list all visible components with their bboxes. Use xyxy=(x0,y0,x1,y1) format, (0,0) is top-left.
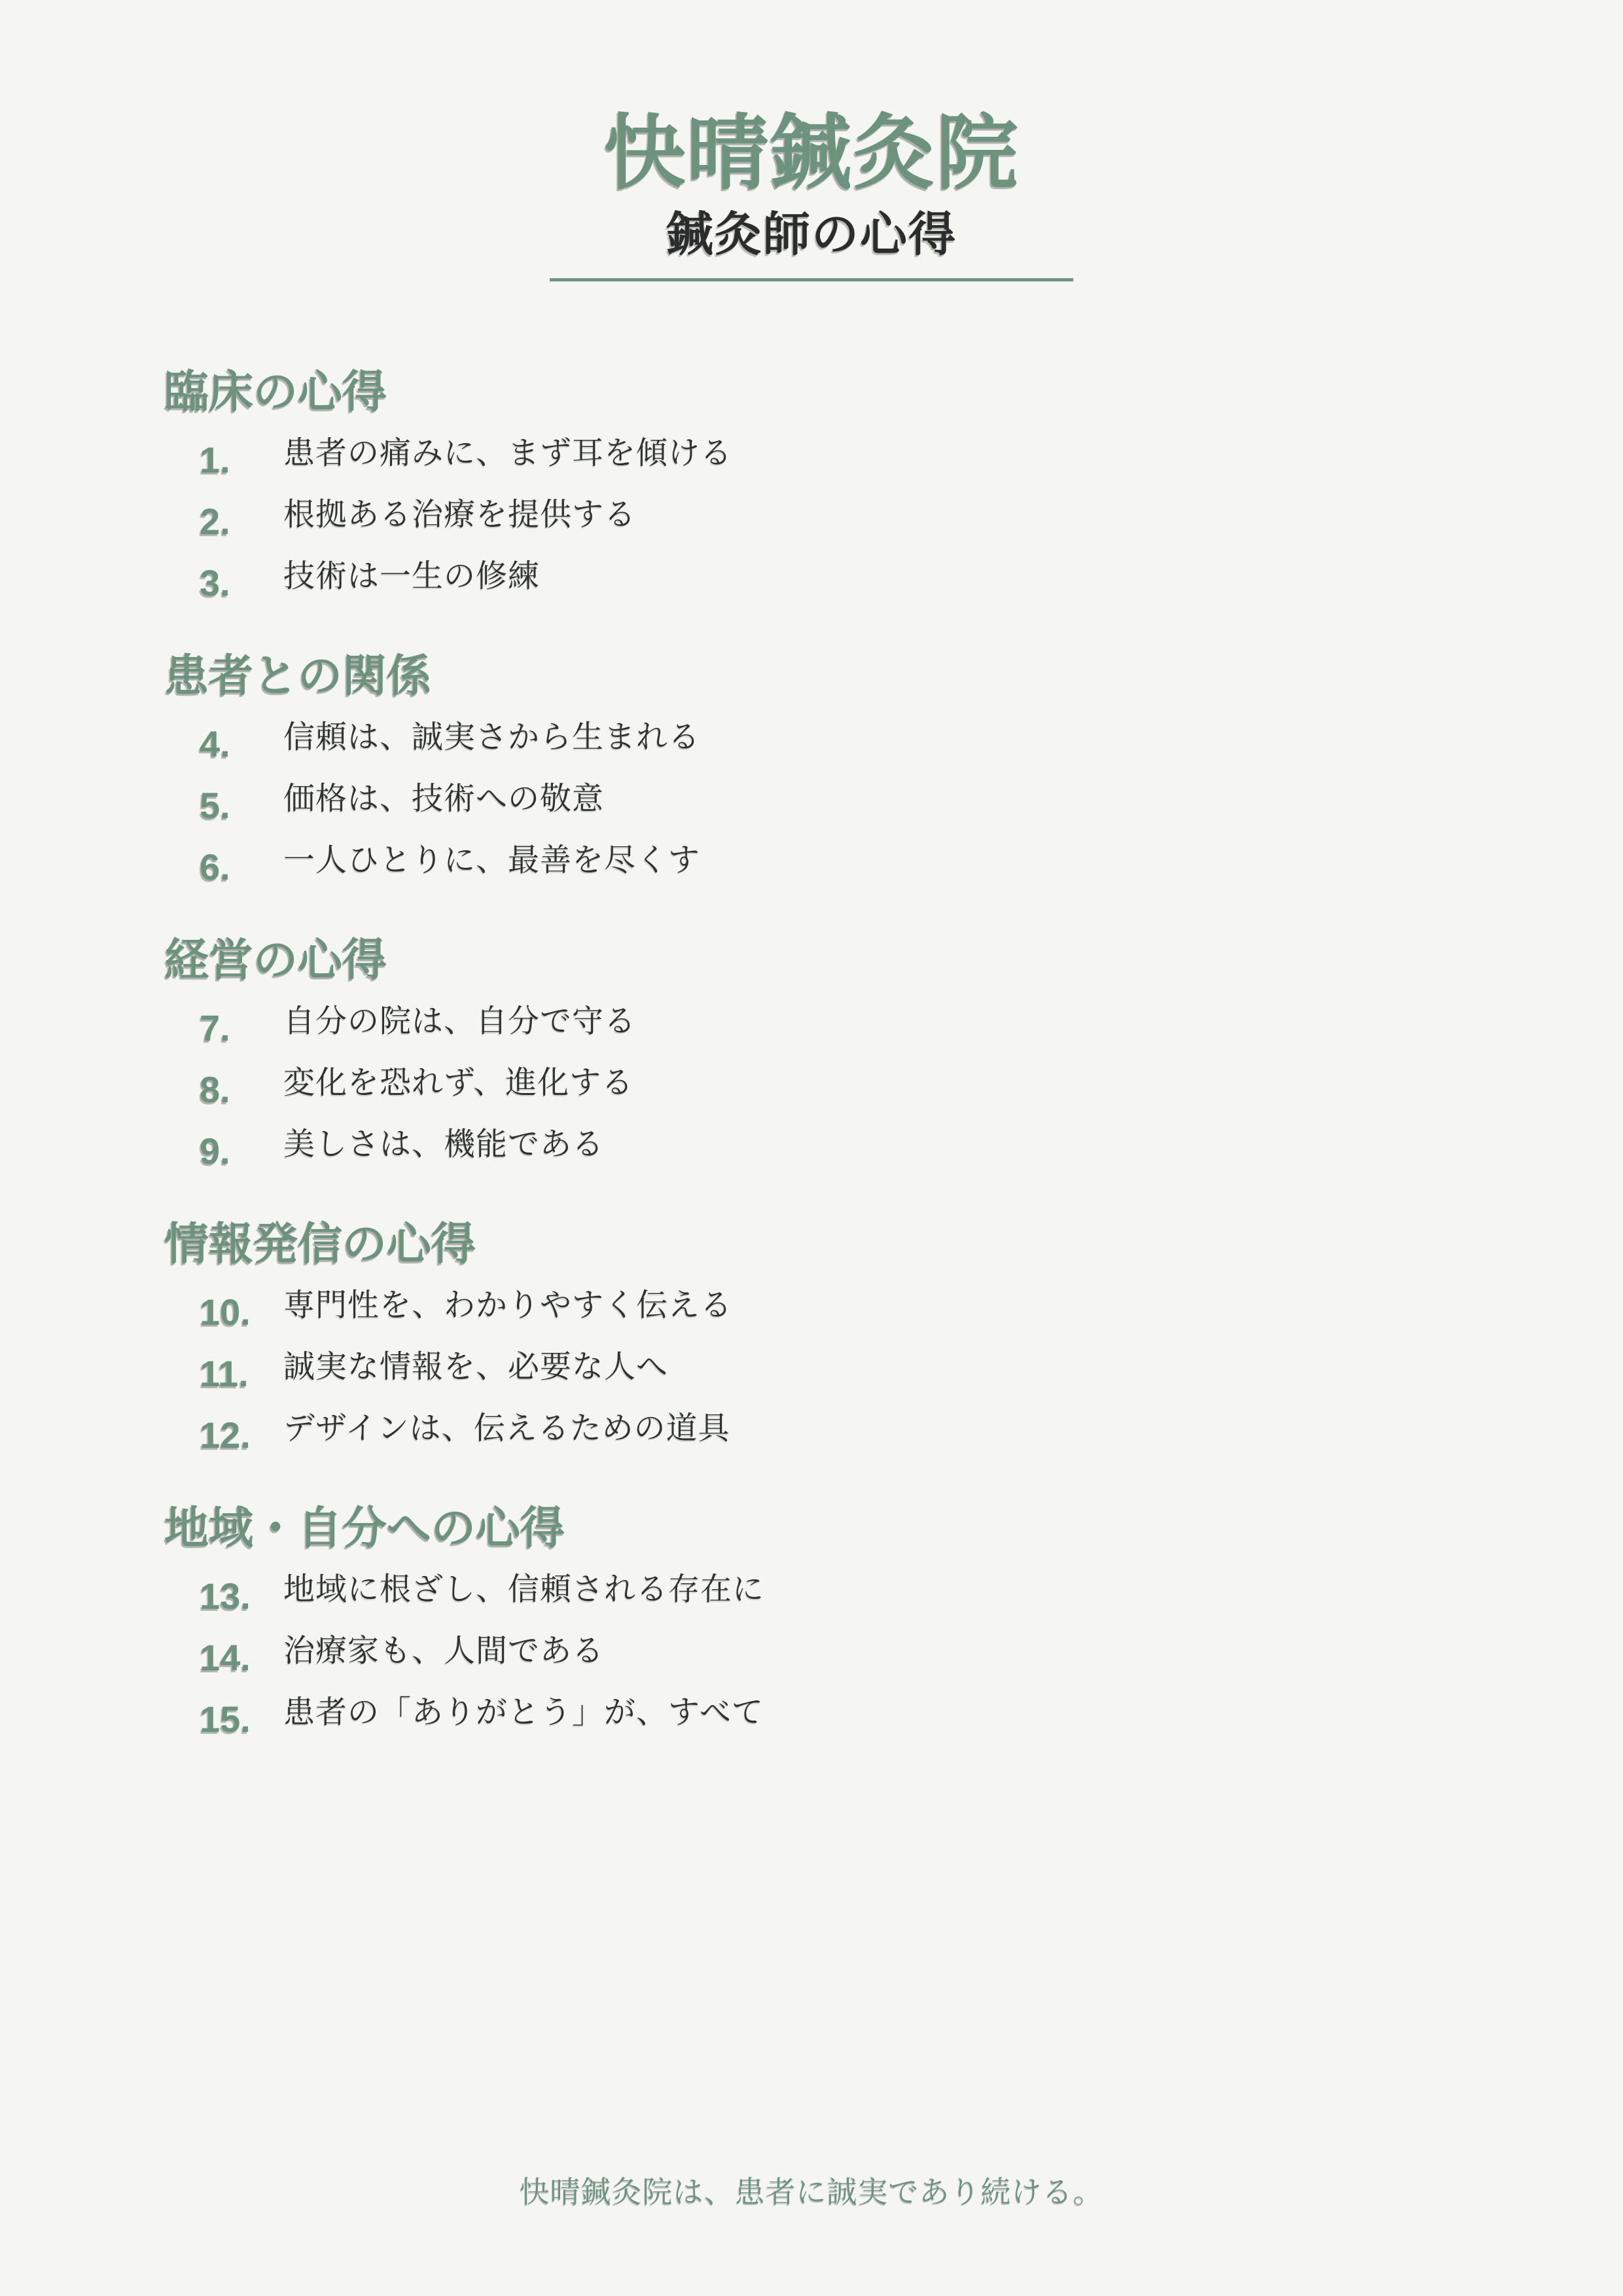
title-divider xyxy=(550,278,1073,281)
item-number: 3. xyxy=(200,564,283,603)
item-number: 13. xyxy=(200,1577,283,1616)
section-heading: 情報発信の心得 xyxy=(164,1222,1518,1266)
list-item: 12. デザインは、伝えるための道具 xyxy=(164,1409,1518,1448)
item-number: 11. xyxy=(200,1354,283,1393)
item-text: デザインは、伝えるための道具 xyxy=(283,1409,730,1448)
item-text: 患者の「ありがとう」が、すべて xyxy=(283,1693,764,1732)
item-number: 4. xyxy=(200,725,283,764)
item-number: 14. xyxy=(200,1638,283,1677)
item-text: 地域に根ざし、信頼される存在に xyxy=(283,1570,764,1609)
document-footer: 快晴鍼灸院は、患者に誠実であり続ける。 xyxy=(0,2177,1623,2207)
item-text: 変化を恐れず、進化する xyxy=(283,1064,633,1103)
item-text: 技術は一生の修練 xyxy=(283,557,540,596)
section-heading: 患者との関係 xyxy=(164,654,1518,698)
item-text: 一人ひとりに、最善を尽くす xyxy=(283,841,700,880)
item-number: 2. xyxy=(200,502,283,541)
item-number: 5. xyxy=(200,786,283,825)
list-item: 13. 地域に根ざし、信頼される存在に xyxy=(164,1570,1518,1609)
list-item: 15. 患者の「ありがとう」が、すべて xyxy=(164,1693,1518,1732)
list-item: 10. 専門性を、わかりやすく伝える xyxy=(164,1286,1518,1325)
item-text: 患者の痛みに、まず耳を傾ける xyxy=(283,434,732,473)
principle-list: 4. 信頼は、誠実さから生まれる 5. 価格は、技術への敬意 6. 一人ひとりに… xyxy=(164,718,1518,880)
clinic-title: 快晴鍼灸院 xyxy=(0,0,1623,194)
document-header: 快晴鍼灸院 鍼灸師の心得 xyxy=(0,0,1623,281)
item-number: 9. xyxy=(200,1132,283,1171)
item-number: 7. xyxy=(200,1009,283,1048)
document-page: 快晴鍼灸院 鍼灸師の心得 臨床の心得 1. 患者の痛みに、まず耳を傾ける 2. … xyxy=(0,0,1623,2296)
list-item: 6. 一人ひとりに、最善を尽くす xyxy=(164,841,1518,880)
principle-list: 7. 自分の院は、自分で守る 8. 変化を恐れず、進化する 9. 美しさは、機能… xyxy=(164,1002,1518,1164)
footer-tagline: 快晴鍼灸院は、患者に誠実であり続ける。 xyxy=(0,2177,1623,2207)
list-item: 5. 価格は、技術への敬意 xyxy=(164,780,1518,819)
section-heading: 臨床の心得 xyxy=(164,370,1518,414)
section-heading: 経営の心得 xyxy=(164,938,1518,982)
list-item: 1. 患者の痛みに、まず耳を傾ける xyxy=(164,434,1518,473)
list-item: 8. 変化を恐れず、進化する xyxy=(164,1064,1518,1103)
section-heading: 地域・自分への心得 xyxy=(164,1506,1518,1551)
section-clinical: 臨床の心得 1. 患者の痛みに、まず耳を傾ける 2. 根拠ある治療を提供する 3… xyxy=(164,370,1518,596)
item-text: 根拠ある治療を提供する xyxy=(283,495,636,535)
section-communication: 情報発信の心得 10. 専門性を、わかりやすく伝える 11. 誠実な情報を、必要… xyxy=(164,1222,1518,1448)
item-text: 専門性を、わかりやすく伝える xyxy=(283,1286,732,1325)
section-patient-relations: 患者との関係 4. 信頼は、誠実さから生まれる 5. 価格は、技術への敬意 6.… xyxy=(164,654,1518,880)
principle-list: 10. 専門性を、わかりやすく伝える 11. 誠実な情報を、必要な人へ 12. … xyxy=(164,1286,1518,1448)
item-number: 12. xyxy=(200,1416,283,1455)
list-item: 7. 自分の院は、自分で守る xyxy=(164,1002,1518,1041)
list-item: 9. 美しさは、機能である xyxy=(164,1125,1518,1164)
list-item: 14. 治療家も、人間である xyxy=(164,1632,1518,1671)
item-number: 15. xyxy=(200,1700,283,1739)
section-management: 経営の心得 7. 自分の院は、自分で守る 8. 変化を恐れず、進化する 9. 美… xyxy=(164,938,1518,1164)
principle-list: 13. 地域に根ざし、信頼される存在に 14. 治療家も、人間である 15. 患… xyxy=(164,1570,1518,1732)
list-item: 2. 根拠ある治療を提供する xyxy=(164,495,1518,535)
item-text: 美しさは、機能である xyxy=(283,1125,604,1164)
item-text: 治療家も、人間である xyxy=(283,1632,604,1671)
section-community-self: 地域・自分への心得 13. 地域に根ざし、信頼される存在に 14. 治療家も、人… xyxy=(164,1506,1518,1732)
list-item: 4. 信頼は、誠実さから生まれる xyxy=(164,718,1518,757)
document-subtitle: 鍼灸師の心得 xyxy=(0,211,1623,259)
list-item: 11. 誠実な情報を、必要な人へ xyxy=(164,1348,1518,1387)
item-text: 自分の院は、自分で守る xyxy=(283,1002,636,1041)
item-text: 誠実な情報を、必要な人へ xyxy=(283,1348,668,1387)
principle-list: 1. 患者の痛みに、まず耳を傾ける 2. 根拠ある治療を提供する 3. 技術は一… xyxy=(164,434,1518,596)
list-item: 3. 技術は一生の修練 xyxy=(164,557,1518,596)
principles-sections: 臨床の心得 1. 患者の痛みに、まず耳を傾ける 2. 根拠ある治療を提供する 3… xyxy=(0,370,1623,1732)
item-number: 8. xyxy=(200,1070,283,1109)
item-text: 価格は、技術への敬意 xyxy=(283,780,604,819)
item-number: 6. xyxy=(200,848,283,887)
item-number: 10. xyxy=(200,1293,283,1332)
item-number: 1. xyxy=(200,440,283,480)
item-text: 信頼は、誠実さから生まれる xyxy=(283,718,700,757)
